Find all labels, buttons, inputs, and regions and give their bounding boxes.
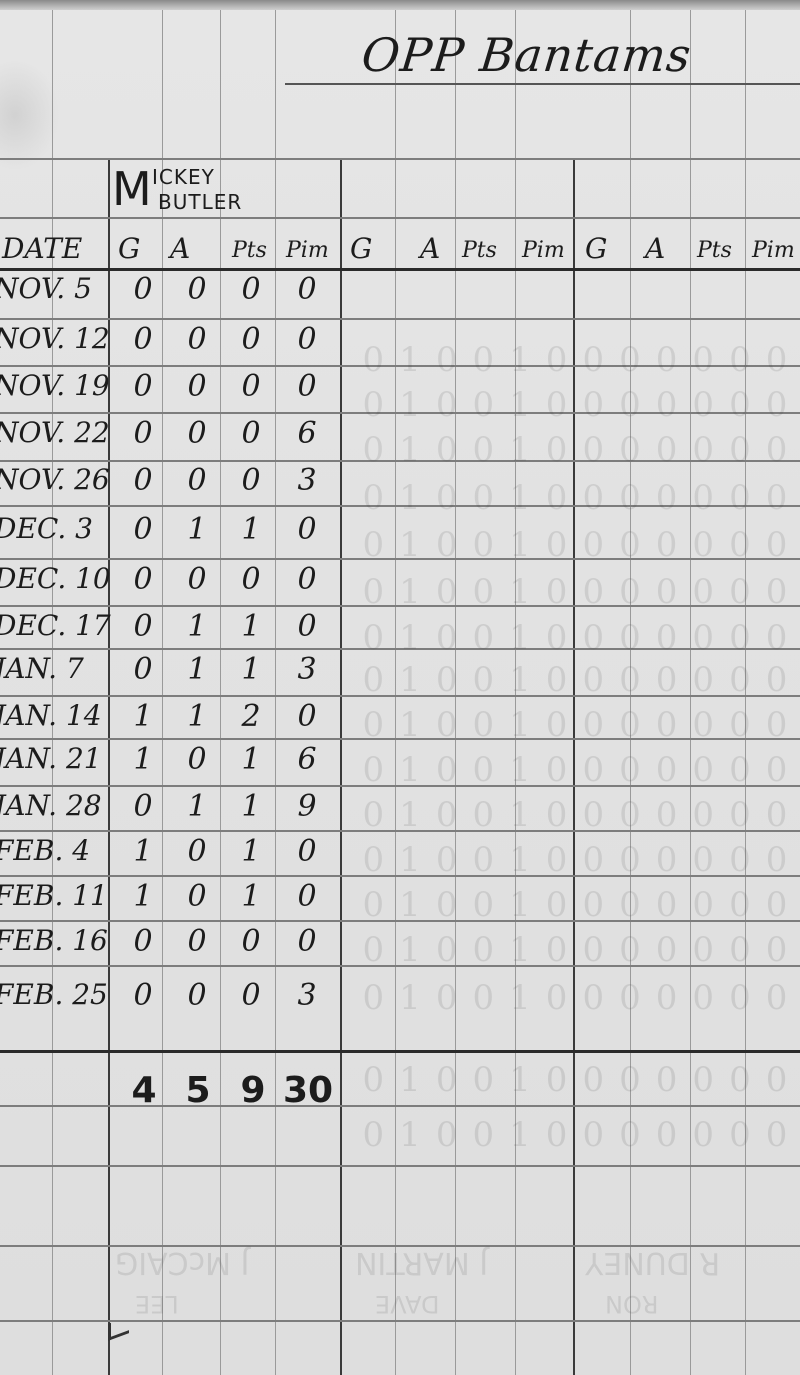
stat-g: 0: [118, 924, 168, 959]
bleed-through-row: 010010000000: [355, 618, 795, 658]
stat-pim: 0: [282, 699, 332, 734]
game-date: JAN. 14: [0, 699, 102, 732]
game-date: NOV. 22: [0, 416, 110, 449]
stat-pim: 0: [282, 609, 332, 644]
stat-pts: 2: [226, 699, 276, 734]
stat-pim: 0: [282, 879, 332, 914]
stat-a: 0: [172, 978, 222, 1013]
game-date: DEC. 17: [0, 609, 111, 642]
stat-pts: 1: [226, 652, 276, 687]
title-underline: [285, 83, 800, 85]
grid-row-line: [0, 318, 800, 320]
game-date: NOV. 12: [0, 322, 110, 355]
game-date: FEB. 4: [0, 834, 90, 867]
stat-a: 1: [172, 699, 222, 734]
bleed-through-row: 010010000000: [355, 385, 795, 425]
bleed-through-first-name: RON: [605, 1290, 659, 1318]
column-header-g: G: [118, 232, 140, 265]
stat-pts: 0: [226, 272, 276, 307]
bleed-through-row: 010010000000: [355, 1115, 795, 1155]
grid-row-line: [0, 1165, 800, 1167]
stat-a: 0: [172, 879, 222, 914]
card-top-edge: [0, 0, 800, 10]
bleed-through-first-name: DAVE: [375, 1290, 440, 1318]
bleed-through-row: 010010000000: [355, 1060, 795, 1100]
total-pim: 30: [280, 1070, 336, 1111]
column-header-g: G: [585, 232, 607, 265]
stat-a: 0: [172, 322, 222, 357]
stat-pts: 0: [226, 369, 276, 404]
bleed-through-name: R DUNEY: [585, 1245, 720, 1280]
stat-a: 0: [172, 924, 222, 959]
stat-pim: 3: [282, 652, 332, 687]
stat-g: 0: [118, 652, 168, 687]
column-header-a: A: [170, 232, 190, 265]
stat-pts: 1: [226, 742, 276, 777]
stat-pim: 6: [282, 416, 332, 451]
grid-column-line: [162, 10, 163, 1375]
stat-g: 0: [118, 978, 168, 1013]
stat-a: 1: [172, 512, 222, 547]
game-date: FEB. 11: [0, 879, 108, 912]
column-header-a: A: [645, 232, 665, 265]
stat-a: 0: [172, 562, 222, 597]
bleed-through-row: 010010000000: [355, 660, 795, 700]
stat-pts: 1: [226, 609, 276, 644]
stat-g: 0: [118, 416, 168, 451]
column-header-pim: Pim: [522, 238, 565, 263]
section-rule: [0, 1050, 800, 1053]
stat-a: 0: [172, 369, 222, 404]
bleed-through-first-name: LEE: [135, 1290, 179, 1318]
stat-a: 1: [172, 789, 222, 824]
game-date: NOV. 5: [0, 272, 92, 305]
bleed-through-row: 010010000000: [355, 978, 795, 1018]
stat-pts: 1: [226, 879, 276, 914]
stat-pts: 0: [226, 463, 276, 498]
column-header-pts: Pts: [697, 238, 732, 263]
bleed-through-row: 010010000000: [355, 705, 795, 745]
bleed-through-name: J MARTIN: [355, 1245, 488, 1280]
column-header-pim: Pim: [752, 238, 795, 263]
stat-a: 0: [172, 834, 222, 869]
stat-a: 0: [172, 463, 222, 498]
stat-pts: 0: [226, 416, 276, 451]
stat-a: 0: [172, 742, 222, 777]
grid-column-line: [275, 10, 276, 1375]
stat-pim: 3: [282, 978, 332, 1013]
stat-g: 0: [118, 369, 168, 404]
bleed-through-row: 010010000000: [355, 340, 795, 380]
player-first-name: ICKEY: [152, 165, 215, 189]
game-date: NOV. 19: [0, 369, 110, 402]
bleed-through-row: 010010000000: [355, 572, 795, 612]
stat-pts: 0: [226, 562, 276, 597]
stat-g: 1: [118, 879, 168, 914]
player-last-name: BUTLER: [158, 190, 242, 214]
stat-pts: 0: [226, 924, 276, 959]
stat-g: 0: [118, 789, 168, 824]
stat-pts: 1: [226, 512, 276, 547]
game-date: JAN. 28: [0, 789, 102, 822]
stat-a: 1: [172, 652, 222, 687]
stat-pim: 0: [282, 562, 332, 597]
game-date: FEB. 16: [0, 924, 108, 957]
stat-pim: 0: [282, 272, 332, 307]
stat-pts: 1: [226, 834, 276, 869]
stat-pim: 0: [282, 924, 332, 959]
stat-g: 1: [118, 742, 168, 777]
stat-a: 0: [172, 416, 222, 451]
stat-g: 0: [118, 562, 168, 597]
grid-row-line: [0, 217, 800, 219]
game-date: JAN. 7: [0, 652, 84, 685]
stat-pim: 6: [282, 742, 332, 777]
stat-g: 1: [118, 834, 168, 869]
hockey-stat-card: J McCAIGLEEJ MARTINDAVER DUNEYRON0100100…: [0, 0, 800, 1375]
stat-g: 0: [118, 512, 168, 547]
stat-pts: 0: [226, 322, 276, 357]
stat-pim: 9: [282, 789, 332, 824]
smudge: [0, 60, 60, 170]
grid-column-line: [52, 10, 53, 1375]
player-initial: M: [112, 162, 152, 216]
section-rule: [0, 268, 800, 271]
stat-g: 0: [118, 463, 168, 498]
bleed-through-row: 010010000000: [355, 930, 795, 970]
stat-pim: 3: [282, 463, 332, 498]
total-pts: 9: [225, 1070, 281, 1111]
grid-column-line: [340, 160, 342, 1375]
game-date: NOV. 26: [0, 463, 110, 496]
bleed-through-name: J McCAIG: [115, 1245, 249, 1280]
stat-a: 0: [172, 272, 222, 307]
date-header: DATE: [2, 232, 82, 265]
bleed-through-row: 010010000000: [355, 795, 795, 835]
bleed-through-row: 010010000000: [355, 478, 795, 518]
total-a: 5: [170, 1070, 226, 1111]
bleed-through-row: 010010000000: [355, 430, 795, 470]
game-date: JAN. 21: [0, 742, 102, 775]
stat-g: 1: [118, 699, 168, 734]
grid-column-line: [220, 10, 221, 1375]
column-header-a: A: [420, 232, 440, 265]
column-header-pts: Pts: [232, 238, 267, 263]
bleed-through-row: 010010000000: [355, 525, 795, 565]
team-title: OPP Bantams: [359, 28, 694, 82]
bleed-through-row: 010010000000: [355, 750, 795, 790]
column-header-pim: Pim: [286, 238, 329, 263]
column-header-g: G: [350, 232, 372, 265]
stat-pts: 0: [226, 978, 276, 1013]
stat-pim: 0: [282, 369, 332, 404]
stat-pts: 1: [226, 789, 276, 824]
stat-pim: 0: [282, 512, 332, 547]
bleed-through-row: 010010000000: [355, 840, 795, 880]
grid-row-line: [0, 158, 800, 160]
stat-a: 1: [172, 609, 222, 644]
stat-pim: 0: [282, 322, 332, 357]
game-date: FEB. 25: [0, 978, 108, 1011]
stat-g: 0: [118, 609, 168, 644]
bleed-through-row: 010010000000: [355, 885, 795, 925]
stat-g: 0: [118, 322, 168, 357]
game-date: DEC. 3: [0, 512, 93, 545]
game-date: DEC. 10: [0, 562, 111, 595]
stat-g: 0: [118, 272, 168, 307]
total-g: 4: [116, 1070, 172, 1111]
stat-pim: 0: [282, 834, 332, 869]
column-header-pts: Pts: [462, 238, 497, 263]
